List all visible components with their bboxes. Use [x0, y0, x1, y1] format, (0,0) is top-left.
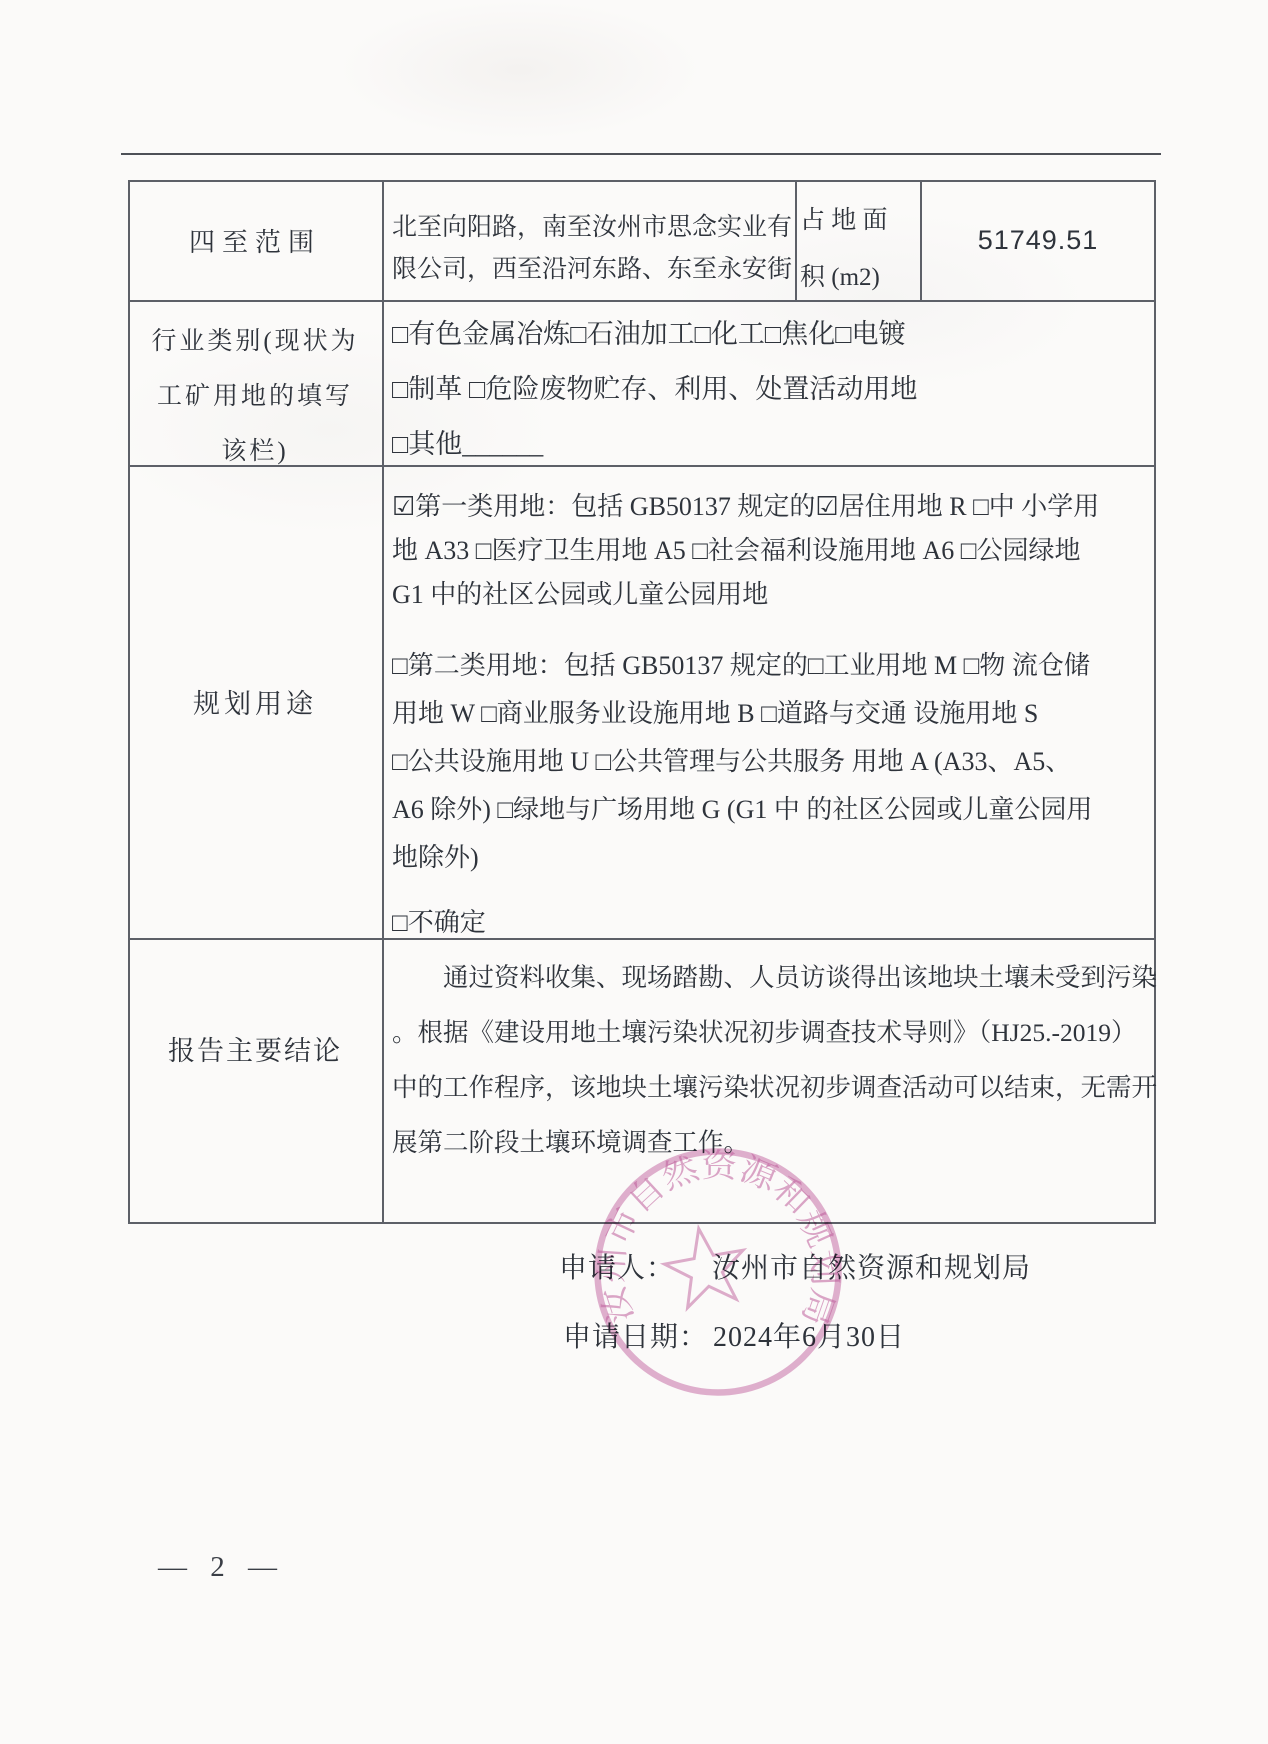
- area-label: 占 地 面 积 (m2): [800, 192, 920, 306]
- row-label-boundaries: 四至范围: [128, 180, 382, 300]
- row-label-planned-use: 规划用途: [128, 465, 382, 938]
- planned-use-undetermined-option: □不确定: [392, 901, 1160, 945]
- row-label-industry-category: 行业类别(现状为 工矿用地的填写 该栏): [128, 300, 382, 465]
- applicant-label: 申请人：: [559, 1253, 675, 1284]
- applicant-value: 汝州市自然资源和规划局: [712, 1253, 1031, 1284]
- table-grid-line: [382, 180, 384, 1224]
- row-label-report-conclusion: 报告主要结论: [128, 938, 382, 1224]
- boundaries-text: 北至向阳路，南至汝州市思念实业有 限公司，西至沿河东路、东至永安街: [392, 207, 796, 291]
- applicant-line: 申请人：汝州市自然资源和规划局: [559, 1246, 1031, 1286]
- table-top-rule: [121, 153, 1161, 155]
- application-date-label: 申请日期：: [563, 1322, 708, 1353]
- scanned-form-page: 四至范围 北至向阳路，南至汝州市思念实业有 限公司，西至沿河东路、东至永安街 占…: [0, 0, 1268, 1744]
- page-number: — 2 —: [158, 1551, 279, 1584]
- planned-use-class1-text: ☑第一类用地：包括 GB50137 规定的☑居住用地 R □中 小学用 地 A3…: [392, 485, 1160, 617]
- planned-use-class2-text: □第二类用地：包括 GB50137 规定的□工业用地 M □物 流仓储 用地 W…: [392, 642, 1160, 882]
- industry-category-options: □有色金属冶炼□石油加工□化工□焦化□电镀 □制革 □危险废物贮存、利用、处置活…: [392, 307, 1156, 472]
- application-date-value: 2024年6月30日: [713, 1322, 905, 1353]
- area-value: 51749.51: [920, 180, 1156, 300]
- report-conclusion-text: 通过资料收集、现场踏勘、人员访谈得出该地块土壤未受到污染 。根据《建设用地土壤污…: [392, 950, 1158, 1170]
- application-date-line: 申请日期：2024年6月30日: [563, 1315, 905, 1355]
